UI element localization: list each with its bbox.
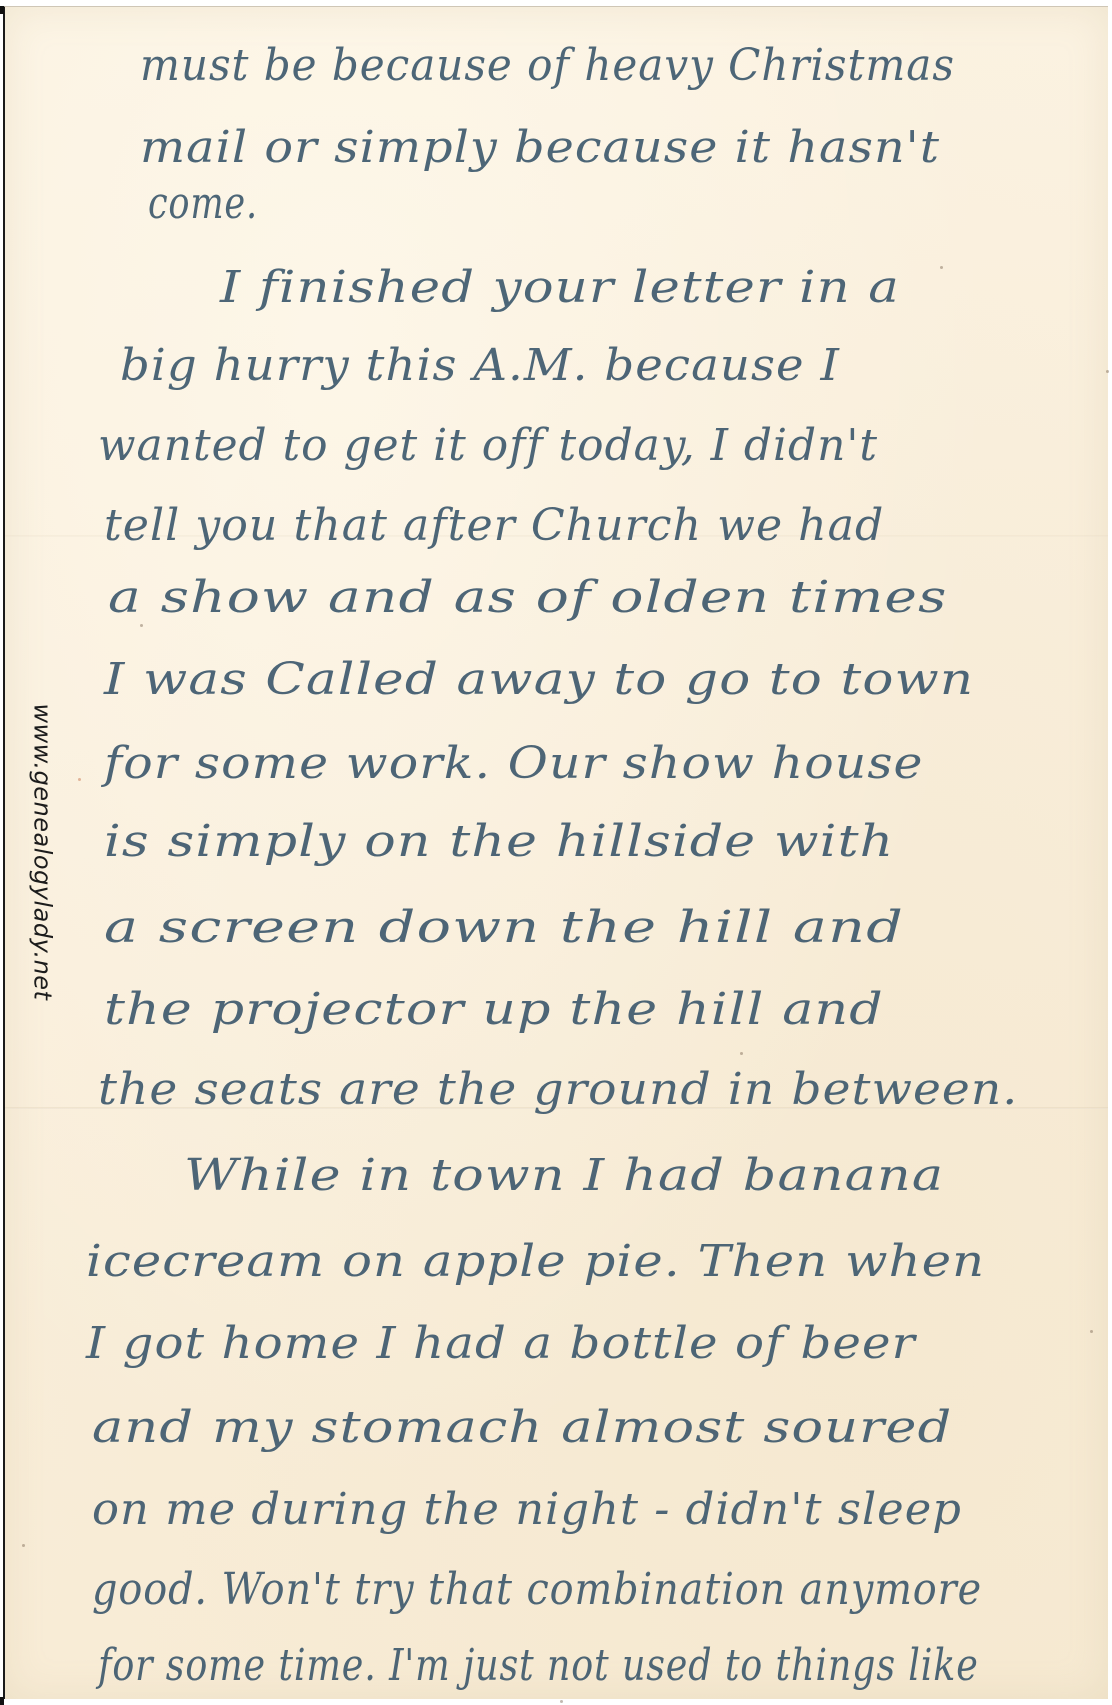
letter-line: must be because of heavy Christmas [140, 40, 1020, 91]
letter-line: for some work. Our show house [104, 738, 924, 789]
letter-line: I got home I had a bottle of beer [86, 1318, 916, 1369]
letter-line: icecream on apple pie. Then when [86, 1236, 985, 1287]
letter-line: the seats are the ground in between. [98, 1064, 1018, 1115]
letter-line: a show and as of olden times [108, 572, 948, 623]
letter-line: is simply on the hillside with [104, 816, 894, 867]
letter-line: and my stomach almost soured [92, 1402, 952, 1453]
letter-line: While in town I had banana [184, 1150, 944, 1201]
letter-line: tell you that after Church we had [104, 500, 884, 551]
scan-frame: www.genealogylady.net must be because of… [0, 0, 1112, 1705]
letter-line: on me during the night - didn't sleep [92, 1484, 962, 1535]
letter-line: I was Called away to go to town [104, 654, 974, 705]
letter-line: the projector up the hill and [104, 984, 884, 1035]
letter-line: good. Won't try that combination anymore [92, 1564, 982, 1615]
letter-line: mail or simply because it hasn't [140, 122, 940, 173]
letter-line: wanted to get it off today, I didn't [98, 420, 878, 471]
letter-line: a screen down the hill and [104, 902, 904, 953]
letter-line: big hurry this A.M. because I [120, 340, 840, 391]
letter-body: must be because of heavy Christmas mail … [0, 0, 1112, 1705]
letter-line: come. [148, 178, 258, 229]
letter-line: I finished your letter in a [220, 262, 900, 313]
letter-line: for some time. I'm just not used to thin… [98, 1640, 979, 1691]
